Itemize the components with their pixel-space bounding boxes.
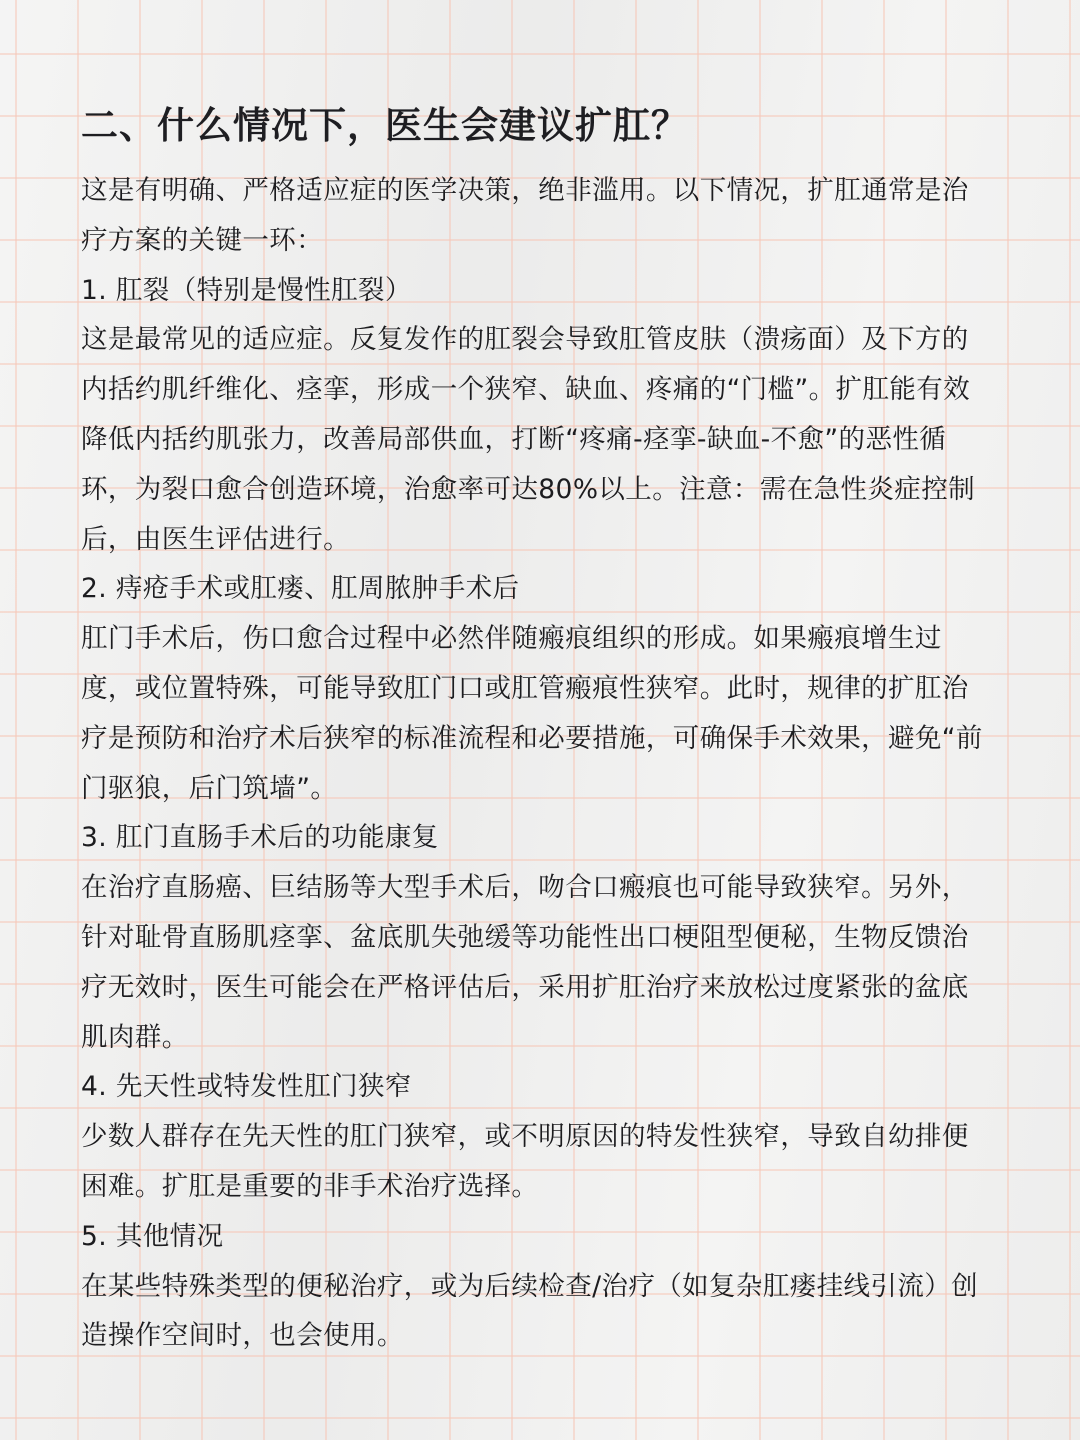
section-heading: 2. 痔疮手术或肛瘘、肛周脓肿手术后: [81, 564, 991, 614]
section-congenital-stenosis: 4. 先天性或特发性肛门狭窄 少数人群存在先天性的肛门狭窄，或不明原因的特发性狭…: [81, 1062, 991, 1211]
section-body: 在治疗直肠癌、巨结肠等大型手术后，吻合口瘢痕也可能导致狭窄。另外，针对耻骨直肠肌…: [81, 863, 991, 1062]
section-heading: 4. 先天性或特发性肛门狭窄: [81, 1062, 991, 1112]
section-fissure: 1. 肛裂（特别是慢性肛裂） 这是最常见的适应症。反复发作的肛裂会导致肛管皮肤（…: [81, 266, 991, 565]
section-post-surgery: 2. 痔疮手术或肛瘘、肛周脓肿手术后 肛门手术后，伤口愈合过程中必然伴随瘢痕组织…: [81, 564, 991, 813]
article: 二、什么情况下，医生会建议扩肛？ 这是有明确、严格适应症的医学决策，绝非滥用。以…: [81, 98, 991, 1361]
section-body: 这是最常见的适应症。反复发作的肛裂会导致肛管皮肤（溃疡面）及下方的内括约肌纤维化…: [81, 315, 991, 564]
section-heading: 5. 其他情况: [81, 1212, 991, 1262]
intro-paragraph: 这是有明确、严格适应症的医学决策，绝非滥用。以下情况，扩肛通常是治疗方案的关键一…: [81, 166, 991, 266]
section-heading: 1. 肛裂（特别是慢性肛裂）: [81, 266, 991, 316]
section-rehabilitation: 3. 肛门直肠手术后的功能康复 在治疗直肠癌、巨结肠等大型手术后，吻合口瘢痕也可…: [81, 813, 991, 1062]
page-title: 二、什么情况下，医生会建议扩肛？: [81, 98, 991, 154]
section-body: 在某些特殊类型的便秘治疗，或为后续检查/治疗（如复杂肛瘘挂线引流）创造操作空间时…: [81, 1262, 991, 1362]
article-content: 这是有明确、严格适应症的医学决策，绝非滥用。以下情况，扩肛通常是治疗方案的关键一…: [81, 166, 991, 1361]
section-body: 少数人群存在先天性的肛门狭窄，或不明原因的特发性狭窄，导致自幼排便困难。扩肛是重…: [81, 1112, 991, 1212]
section-heading: 3. 肛门直肠手术后的功能康复: [81, 813, 991, 863]
section-body: 肛门手术后，伤口愈合过程中必然伴随瘢痕组织的形成。如果瘢痕增生过度，或位置特殊，…: [81, 614, 991, 813]
section-other: 5. 其他情况 在某些特殊类型的便秘治疗，或为后续检查/治疗（如复杂肛瘘挂线引流…: [81, 1212, 991, 1361]
